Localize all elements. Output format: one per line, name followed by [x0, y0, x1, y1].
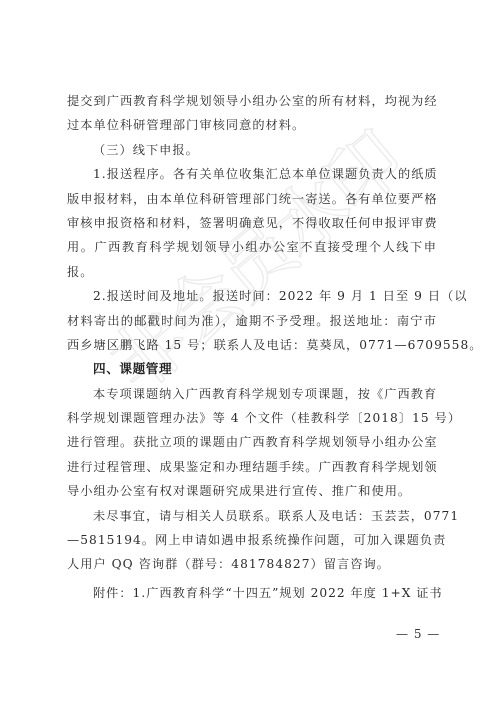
paragraph-line: 本专项课题纳入广西教育科学规划专项课题，按《广西教育: [67, 382, 437, 406]
document-page: 非会员水印 提交到广西教育科学规划领导小组办公室的所有材料，均视为经 过本单位科…: [0, 0, 500, 707]
paragraph-line: 导小组办公室有权对课题研究成果进行宣传、推广和使用。: [67, 479, 437, 503]
attachment-line: 附件：1.广西教育科学“十四五”规划 2022 年度 1+X 证书: [93, 582, 438, 604]
page-number: — 5 —: [396, 624, 440, 644]
section-heading-project-management: 四、课题管理: [67, 357, 437, 381]
paragraph-line: 科学规划课题管理办法》等 4 个文件（桂教科学〔2018〕15 号）: [67, 406, 437, 430]
paragraph-line: 材料寄出的邮戳时间为准），逾期不予受理。报送地址：南宁市: [67, 309, 437, 333]
paragraph-line: 用。广西教育科学规划领导小组办公室不直接受理个人线下申: [67, 235, 437, 259]
paragraph-line: 提交到广西教育科学规划领导小组办公室的所有材料，均视为经: [67, 89, 437, 113]
paragraph-line: 进行管理。获批立项的课题由广西教育科学规划领导小组办公室: [67, 430, 437, 454]
paragraph-line: 审核申报资格和材料，签署明确意见，不得收取任何申报评审费: [67, 211, 437, 235]
paragraph-line: 人用户 QQ 咨询群（群号：481784827）留言咨询。: [67, 552, 437, 576]
paragraph-line: 未尽事宜，请与相关人员联系。联系人及电话：玉芸芸，0771: [67, 504, 437, 528]
paragraph-line: —5815194。网上申请如遇申报系统操作问题，可加入课题负责: [67, 528, 437, 552]
paragraph-line: 1.报送程序。各有关单位收集汇总本单位课题负责人的纸质: [67, 162, 437, 186]
paragraph-line: 西乡塘区鹏飞路 15 号；联系人及电话：莫葵凤，0771—6709558。: [67, 333, 437, 357]
paragraph-line: 版申报材料，由本单位科研管理部门统一寄送。各有单位要严格: [67, 187, 437, 211]
paragraph-line: 报。: [67, 260, 437, 284]
paragraph-line: 过本单位科研管理部门审核同意的材料。: [67, 113, 437, 137]
paragraph-line: 进行过程管理、成果鉴定和办理结题手续。广西教育科学规划领: [67, 455, 437, 479]
paragraph-line: 2.报送时间及地址。报送时间：2022 年 9 月 1 日至 9 日（以: [67, 284, 437, 308]
document-body: 提交到广西教育科学规划领导小组办公室的所有材料，均视为经 过本单位科研管理部门审…: [67, 89, 437, 577]
subheading-offline-submission: （三）线下申报。: [67, 138, 437, 162]
